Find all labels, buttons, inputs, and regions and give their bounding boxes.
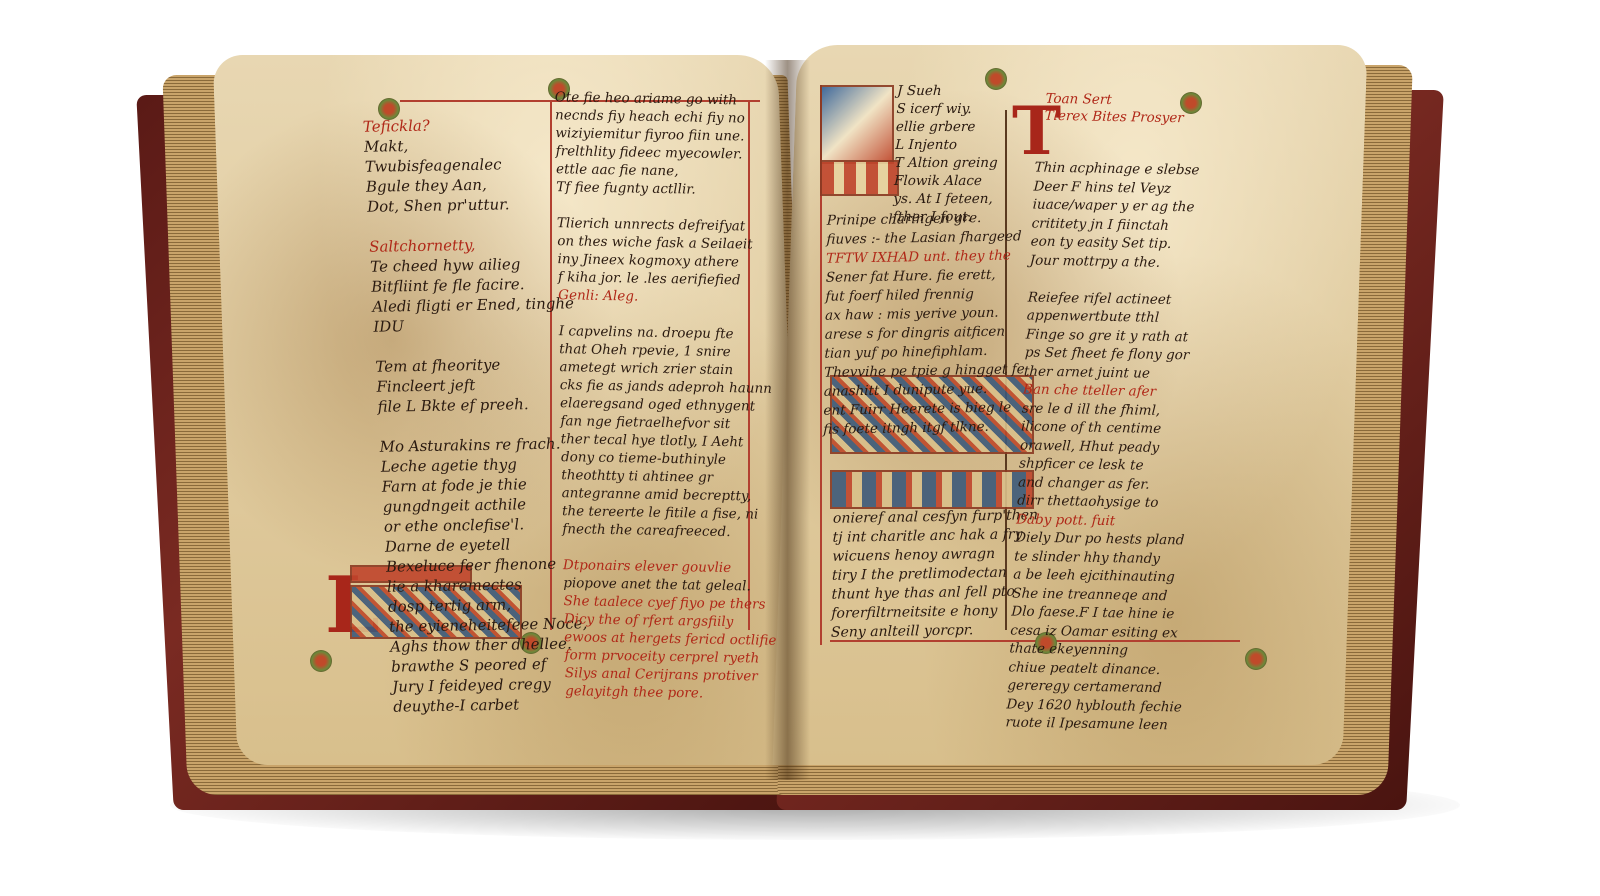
text-line: Flowik Alace bbox=[894, 172, 998, 190]
illuminated-miniature-figure bbox=[820, 85, 894, 164]
text-line: ps Set fheet fe flony gor bbox=[1024, 343, 1200, 365]
text-line: Mo Asturakins re frach. bbox=[379, 433, 582, 457]
text-line: thunt hye thas anl fell pto bbox=[831, 582, 1036, 605]
text-line: Dlo faese.F I tae hine ie bbox=[1011, 602, 1187, 624]
text-line: fnecth the careafreeced. bbox=[562, 520, 775, 542]
text-line: dirr thettaohysige to bbox=[1017, 491, 1193, 513]
text-line: ellie grbere bbox=[896, 118, 1000, 136]
text-line: Thevvihe pe tpie g hingget fe bbox=[824, 360, 1025, 382]
text-line: a be leeh ejcithinauting bbox=[1013, 565, 1189, 587]
text-line: gereregy certamerand bbox=[1007, 676, 1183, 698]
text-line: TFTW IXHAD unt. they the bbox=[826, 246, 1027, 268]
text-line: fis foete itngh itgf tlkne. bbox=[823, 417, 1024, 439]
text-line: Aghs thow ther dhellee. bbox=[390, 633, 593, 657]
text-line: ys. At I feteen, bbox=[893, 190, 997, 208]
text-line: Seny anlteill yorcpr. bbox=[831, 620, 1036, 643]
right-page-column-1-top: J Sueh S icerf wiy. ellie grbere L Injen… bbox=[892, 82, 1000, 226]
illuminated-letters-panel bbox=[820, 160, 899, 196]
text-line: Jour mottrpy a the. bbox=[1029, 251, 1205, 273]
ornament-icon bbox=[1245, 648, 1267, 670]
text-line: Tlerex Bites Prosyer bbox=[1044, 108, 1184, 127]
text-line: ruote il Ipesamune leen bbox=[1005, 713, 1181, 735]
text-line: gelayitgh thee pore. bbox=[565, 682, 778, 704]
right-page-column-2-heading: Toan Sert Tlerex Bites Prosyer bbox=[1044, 91, 1185, 127]
text-line: shpficer ce lesk te bbox=[1019, 454, 1195, 476]
right-page-column-1-body: Prinipe charingen gre. fiuves :- the Las… bbox=[823, 208, 1028, 439]
text-line: L Injento bbox=[895, 136, 999, 154]
ornament-icon bbox=[310, 650, 332, 672]
illuminated-border-band bbox=[830, 470, 1034, 509]
text-line: tj int charitle anc hak a fry bbox=[832, 525, 1037, 548]
left-page-column-2: Ote fie heo ariame go with necnds fiy he… bbox=[555, 88, 778, 704]
text-line: Diely Dur po hests pland bbox=[1015, 528, 1191, 550]
text-line: iuace/waper y er ag the bbox=[1032, 196, 1208, 218]
text-line: ilicone of th centime bbox=[1021, 417, 1197, 439]
text-line: T Altion greing bbox=[894, 154, 998, 172]
text-line: Tf fiee fugnty actllir. bbox=[556, 178, 769, 200]
text-line: appenwertbute tthl bbox=[1026, 306, 1202, 328]
text-line: eon ty easity Set tip. bbox=[1030, 233, 1206, 255]
book-scene: L Tefickla? Makt, Twubisfeagenalec Bgule… bbox=[0, 0, 1600, 896]
text-line: Thin acphinage e slebse bbox=[1034, 159, 1210, 181]
text-line: arese s for dingris aitficen bbox=[825, 322, 1026, 344]
right-page-column-1-bottom: onieref anal cesfyn furp'then tj int cha… bbox=[831, 506, 1038, 643]
text-line: Genli: Aleg. bbox=[558, 286, 771, 308]
text-line: Ban che tteller afer bbox=[1022, 380, 1198, 402]
text-line: ent Fuirr Heerete is bieg le bbox=[823, 398, 1024, 420]
text-line: S icerf wiy. bbox=[896, 100, 1000, 118]
text-line: J Sueh bbox=[897, 82, 1001, 100]
text-line: thate ekeyenning bbox=[1009, 639, 1185, 661]
text-line: Aledi fligti er Ened, tinghe bbox=[372, 293, 575, 317]
right-page-column-2: Thin acphinage e slebse Deer F hins tel … bbox=[1005, 159, 1210, 735]
